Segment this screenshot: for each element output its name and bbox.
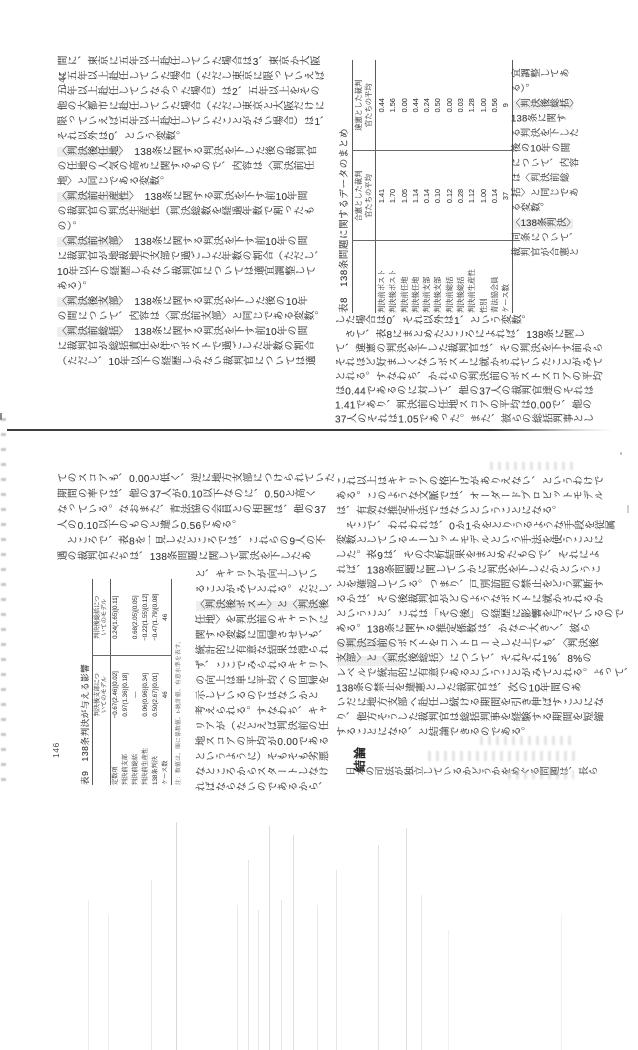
text-column: さて、表8にまとめたところによれば、138条に関し bbox=[335, 329, 575, 343]
text-column: ところで、表8を一見したところでは、これらの9人の不 bbox=[57, 534, 337, 550]
table8-col-constitutional: 合憲とした裁判 官たちの平均 bbox=[353, 151, 376, 241]
text-column: とを確認している。つまり、戸別訪問の禁止をどう判断す bbox=[336, 579, 574, 594]
table8-row: 判決後総括 0.28 0.03 bbox=[455, 60, 466, 313]
page-edge-line bbox=[7, 429, 613, 431]
highlight-mark bbox=[57, 192, 131, 202]
right-text-block-146: これ以上はキャリアの格下げがありえない、というわけである。このような文脈では、オ… bbox=[336, 476, 574, 742]
scan-streak bbox=[258, 910, 259, 1050]
table8: 合憲とした裁判 官たちの平均 違憲とした裁判 官たちの平均 判決前ポ bbox=[352, 60, 513, 313]
text-column: 37人のそれは1.05であった。また、彼らの総括判事とし bbox=[335, 414, 575, 428]
table9-row: 判決前支部 0.97(1.36)[0.18] bbox=[121, 579, 131, 785]
text-column: ればならないのであるから、 bbox=[195, 781, 333, 796]
table9-header-row: 判決後支部につ いてのモデル 判決後総括につ いてのモデル bbox=[93, 579, 111, 785]
scan-streak bbox=[108, 915, 109, 1050]
table9-row: 定数項 −0.67(2.46)[0.02] 0.24(1.65)[0.11] bbox=[110, 579, 121, 785]
text-column: 後の10年の間 bbox=[511, 143, 575, 158]
scan-streak bbox=[237, 905, 238, 1050]
scan-streak bbox=[176, 822, 177, 1050]
table9-row: 138条判決 0.50(2.67)[0.01] −0.47(1.79)[0.08… bbox=[151, 579, 161, 785]
text-column: の）。 bbox=[57, 220, 334, 235]
text-column: （ただし、10年以下の経歴しかない裁判官については適 bbox=[57, 355, 334, 370]
text-column: は0.44であるのに対して、他の37人の裁判官達のそれは bbox=[335, 385, 575, 399]
text-column: に五年以上赴任していた場合（ただし東京に限っていえば bbox=[57, 70, 334, 85]
text-column: というように）そもそも劣悪 bbox=[195, 750, 333, 765]
table9-block: 表9 138条判決が与える影響 判決後支部につ いてのモデル 判決後総括につ bbox=[79, 577, 194, 785]
text-column: る判決を下した bbox=[511, 128, 575, 143]
text-column: 他の大都市に赴任していた場合（ただし東京と大阪だけに bbox=[57, 100, 334, 115]
scanned-document: 144 間に、東京に五年以上赴任していた場合は3、東京か大阪に五年以上赴任してい… bbox=[0, 0, 638, 1050]
bleed-through-text bbox=[428, 751, 575, 761]
text-column: は、有効な推定手法ではないということになる。 bbox=[336, 506, 574, 521]
text-column: 宜調整してあ bbox=[511, 68, 575, 83]
scan-streak bbox=[281, 900, 282, 1050]
scan-streak bbox=[151, 880, 152, 1050]
text-column: 138条に関す bbox=[511, 113, 575, 128]
table8-row: 判決前任地 1.05 0.00 bbox=[399, 60, 410, 313]
table9-col-sokatsu-model: 判決後総括につ いてのモデル bbox=[93, 579, 111, 656]
highlight-mark bbox=[337, 641, 392, 651]
scan-mark bbox=[627, 505, 629, 513]
text-column: は〈判決前総 bbox=[511, 172, 575, 187]
text-column: 138条の禁止を違憲とした裁判官は、次の10年間のあ bbox=[336, 683, 574, 698]
highlight-mark bbox=[196, 601, 326, 611]
table8-row: 判決後支部 0.10 0.50 bbox=[432, 60, 443, 313]
table9-col-branch-model: 判決後支部につ いてのモデル bbox=[93, 656, 111, 733]
text-column: リアが（たとえば判決前の任 bbox=[195, 720, 333, 735]
bleed-through-text bbox=[490, 462, 575, 470]
highlight-mark bbox=[57, 237, 121, 247]
table8-row: 判決後任地 1.14 0.44 bbox=[410, 60, 421, 313]
highlight-mark bbox=[57, 147, 121, 157]
text-column: るかは、その後裁判官がどのようなポストに就かされるか bbox=[336, 594, 574, 609]
highlight-mark bbox=[57, 327, 121, 337]
highlight-mark bbox=[337, 656, 405, 666]
bleed-through-text bbox=[508, 770, 574, 779]
text-column: そこで、われわれは、0か1かをとりうるような手段を従属 bbox=[336, 520, 574, 535]
text-column: 人の0.10以下のものと違い0.56である。 bbox=[57, 519, 337, 535]
table8-row: 判決前ポスト 1.41 0.44 bbox=[376, 60, 388, 313]
text-column: 示しているのではないかと bbox=[195, 690, 333, 705]
highlight-mark bbox=[513, 100, 573, 110]
text-column: ということ、これは「その後」の経歴に影響を与えているので bbox=[336, 609, 574, 624]
text-column: れば、138条問題に関していかに判決を下したかというこ bbox=[336, 565, 574, 580]
text-column: 1.41であり、判決前の任地スコアの平均は0.00で、他の bbox=[335, 400, 575, 414]
text-column: いだに地方支部へ赴任し続ける期間を引き伸ばすことにな bbox=[336, 697, 574, 712]
scan-streak bbox=[378, 845, 379, 1050]
text-column: 統計的に有意な結果は得られ bbox=[195, 644, 333, 659]
table8-row: 判決前生産性 1.12 1.28 bbox=[466, 60, 477, 313]
text-column: ることがみてとれる。ただし、 bbox=[195, 583, 333, 598]
table8-caption: 表8 138条問題に関するデータのまとめ bbox=[336, 55, 352, 313]
text-column: 変数としているトービットモデルという手法を使うことに bbox=[336, 535, 574, 550]
scan-streak bbox=[248, 860, 249, 1050]
body-text-block-144: 間に、東京に五年以上赴任していた場合は3、東京か大阪に五年以上赴任していた場合（… bbox=[57, 55, 334, 370]
text-column: 考えられる。すなわち、キャ bbox=[195, 705, 333, 720]
text-column: 関する変数に回帰させても、 bbox=[195, 629, 333, 644]
scan-streak bbox=[561, 915, 562, 1050]
text-column: り、他方そうした裁判官は総括判事を経験する期間を短縮 bbox=[336, 712, 574, 727]
text-column: 任地〉を判決前のキャリアに bbox=[195, 614, 333, 629]
text-column: ず、ここでみられるキャリア bbox=[195, 659, 333, 674]
text-column: ある）。 bbox=[57, 280, 334, 295]
text-column: の裁判官の判決生産性（判決総数を経過年数で割ったも bbox=[57, 205, 334, 220]
scan-streak bbox=[269, 826, 270, 1050]
text-column: 同条について、 bbox=[511, 232, 575, 247]
text-column: 括〉と同じであ bbox=[511, 187, 575, 202]
text-column: レベルで統計的に有意であるということがみてとれる。よって、 bbox=[336, 668, 574, 683]
scan-streak bbox=[336, 870, 337, 1050]
scan-streak bbox=[406, 828, 407, 1050]
text-column: について、内容 bbox=[511, 157, 575, 172]
table9-row: 判決前総括 — 0.68(2.05)[0.05] bbox=[131, 579, 141, 785]
table9-row: ケース数 46 46 bbox=[161, 579, 172, 785]
table9-caption: 表9 138条判決が与える影響 bbox=[79, 577, 92, 785]
scan-streak bbox=[317, 905, 318, 1050]
highlight-mark bbox=[513, 219, 573, 229]
after-table-block: 宜調整してある）。〈判決後総括〉138条に関する判決を下した後の10年の間につい… bbox=[511, 68, 575, 262]
text-column: 地スコアの平均が0.00である bbox=[195, 735, 333, 750]
text-column: 遇の裁判官たちは、138条問題に関して判決を下したあ bbox=[57, 550, 337, 566]
text-column: と、キャリアが向上してい bbox=[195, 568, 333, 583]
bottom-text-block-144: した場合は0、それ以外は1、という変数。 さて、表8にまとめたところによれば、1… bbox=[335, 315, 575, 428]
table8-block: 表8 138条問題に関するデータのまとめ 合憲とした裁判 官たちの平均 違憲とし… bbox=[336, 55, 514, 313]
text-column: の任地の人気の高さに関するもので、内容は〈判決前任 bbox=[57, 160, 334, 175]
text-column: なところからスタートしなけ bbox=[195, 766, 333, 781]
scan-streak bbox=[448, 930, 449, 1050]
scan-streak bbox=[421, 895, 422, 1050]
text-column: の向上は単に平均への回帰を bbox=[195, 674, 333, 689]
scan-mark bbox=[620, 452, 622, 455]
table9-row: 判決前生産性 0.06(0.96)[0.34] −0.22(1.55)[0.12… bbox=[141, 579, 151, 785]
table8-row: 判決前総括 0.12 0.00 bbox=[444, 60, 455, 313]
highlight-mark bbox=[57, 297, 121, 307]
text-column: る変数。 bbox=[511, 202, 575, 217]
text-column: 地〉と同じである変数。 bbox=[57, 175, 334, 190]
text-column: した場合は0、それ以外は1、という変数。 bbox=[335, 315, 575, 329]
scan-streak bbox=[293, 835, 294, 1050]
table8-row: 性別 1.00 1.00 bbox=[478, 60, 489, 313]
text-column: それほど好ましくないポストに就かされていたことがみて bbox=[335, 357, 575, 371]
table8-col-unconstitutional: 違憲とした裁判 官たちの平均 bbox=[353, 60, 376, 151]
table8-row: 青法協会員 0.14 0.56 bbox=[489, 60, 500, 313]
text-column: に裁判官が総括責任を伴うポストで過ごした年数の割合 bbox=[57, 340, 334, 355]
text-column: なっている。なおまた、青法協の会員との相関は、他の37 bbox=[57, 503, 337, 519]
text-column: の間について、内容は〈判決前支部〉と同じである変数。 bbox=[57, 310, 334, 325]
table8-row: 判決前支部 0.14 0.24 bbox=[421, 60, 432, 313]
scan-edge-fragments bbox=[1, 418, 6, 790]
text-column: とれる。すなわち、かれらの判決前のポストスコアの平均 bbox=[335, 371, 575, 385]
text-column: 裁判官が合憲と bbox=[511, 247, 575, 262]
text-column: て、違憲の判決を下した裁判官は、その判決を下す前から bbox=[335, 343, 575, 357]
page-number-146: 146 bbox=[51, 741, 63, 758]
text-column: ある。このような文脈では、オーダードプロビットモデル bbox=[336, 491, 574, 506]
text-column: てのスコアも、0.00と低く、逆に地方支部につけられていた bbox=[57, 472, 337, 488]
table9-note: 注：数値は、順に係数値、t-統計値、有意水準を表す。 bbox=[173, 577, 182, 785]
text-column: ある。138条に関する推定係数は、かなり大きく、彼ら bbox=[336, 624, 574, 639]
text-column: した。表9は、その分析結果をまとめたもので、それによ bbox=[336, 550, 574, 565]
left-text-block-146: てのスコアも、0.00と低く、逆に地方支部につけられていた期間の率では、他の37… bbox=[57, 472, 337, 566]
bleed-through-text bbox=[480, 736, 574, 745]
text-column: 10年以下の経歴しかない裁判官については適宜調整して bbox=[57, 265, 334, 280]
text-column: 五年以上赴任していなかった場合）は2、五年以上をその bbox=[57, 85, 334, 100]
text-column: る）。 bbox=[511, 83, 575, 98]
text-column: 間に、東京に五年以上赴任していた場合は3、東京か大阪 bbox=[57, 55, 334, 70]
text-column: これ以上はキャリアの格下げがありえない、というわけで bbox=[336, 476, 574, 491]
table8-row: 判決後ポスト 1.70 1.56 bbox=[387, 60, 398, 313]
table8-header-row: 合憲とした裁判 官たちの平均 違憲とした裁判 官たちの平均 bbox=[353, 60, 376, 313]
table9: 判決後支部につ いてのモデル 判決後総括につ いてのモデル 定数項 bbox=[92, 579, 172, 785]
text-column: 期間の率では、他の37人が0.10以下なのに、0.50と高く bbox=[57, 488, 337, 504]
text-column: に裁判官が地裁地方支部で過ごした年数の割合（ただし、 bbox=[57, 250, 334, 265]
text-column: それ以外は0、という変数。 bbox=[57, 130, 334, 145]
text-column: 限っていえば五年以上赴任していたことがない場合）は1、 bbox=[57, 115, 334, 130]
scan-streak bbox=[88, 900, 89, 1050]
